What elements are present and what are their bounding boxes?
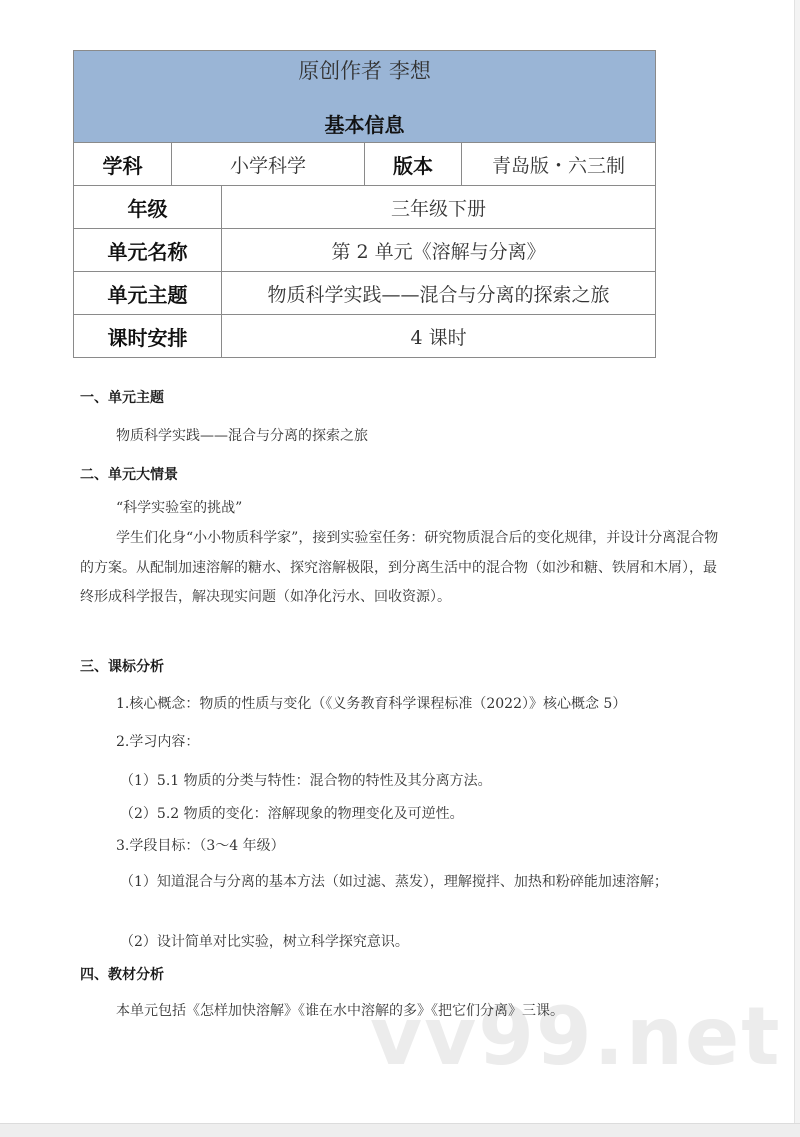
- schedule-value: 4 课时: [222, 315, 656, 358]
- standards-item-3: 3.学段目标：（3～4 年级）: [80, 832, 720, 860]
- basic-info-table: 原创作者 李想 基本信息 学科 小学科学 版本 青岛版・六三制 年级 三年级下册…: [73, 50, 656, 358]
- unit-theme-label: 单元主题: [74, 272, 222, 315]
- standards-item-3-2: （2）设计简单对比实验，树立科学探究意识。: [80, 928, 720, 956]
- edition-value: 青岛版・六三制: [462, 143, 656, 186]
- scenario-quote: “科学实验室的挑战”: [80, 494, 720, 522]
- subject-value: 小学科学: [172, 143, 365, 186]
- section-heading-unit-theme: 一、单元主题: [80, 388, 164, 408]
- subject-label: 学科: [74, 143, 172, 186]
- section-heading-textbook: 四、教材分析: [80, 965, 164, 985]
- page-edge-bottom: [0, 1123, 800, 1137]
- grade-value: 三年级下册: [222, 186, 656, 229]
- section-heading-standards: 三、课标分析: [80, 657, 164, 677]
- edition-label: 版本: [365, 143, 462, 186]
- textbook-text: 本单元包括《怎样加快溶解》《谁在水中溶解的多》《把它们分离》三课。: [80, 997, 720, 1025]
- unit-name-label: 单元名称: [74, 229, 222, 272]
- standards-item-2: 2.学习内容：: [80, 728, 720, 756]
- table-title: 基本信息: [74, 109, 655, 138]
- page-edge-right: [794, 0, 800, 1123]
- schedule-label: 课时安排: [74, 315, 222, 358]
- standards-item-2-2: （2）5.2 物质的变化：溶解现象的物理变化及可逆性。: [80, 800, 720, 828]
- unit-theme-text: 物质科学实践——混合与分离的探索之旅: [80, 422, 720, 450]
- section-heading-scenario: 二、单元大情景: [80, 465, 178, 485]
- grade-label: 年级: [74, 186, 222, 229]
- standards-item-1: 1.核心概念：物质的性质与变化（《义务教育科学课程标准（2022）》核心概念 5…: [80, 690, 720, 718]
- unit-name-value: 第 2 单元《溶解与分离》: [222, 229, 656, 272]
- scenario-paragraph: 学生们化身“小小物质科学家”，接到实验室任务：研究物质混合后的变化规律，并设计分…: [80, 524, 720, 613]
- author-line: 原创作者 李想: [74, 55, 655, 85]
- standards-item-3-1: （1）知道混合与分离的基本方法（如过滤、蒸发），理解搅拌、加热和粉碎能加速溶解；: [80, 866, 720, 899]
- table-header: 原创作者 李想 基本信息: [74, 51, 656, 143]
- standards-item-2-1: （1）5.1 物质的分类与特性：混合物的特性及其分离方法。: [80, 767, 720, 795]
- unit-theme-value: 物质科学实践——混合与分离的探索之旅: [222, 272, 656, 315]
